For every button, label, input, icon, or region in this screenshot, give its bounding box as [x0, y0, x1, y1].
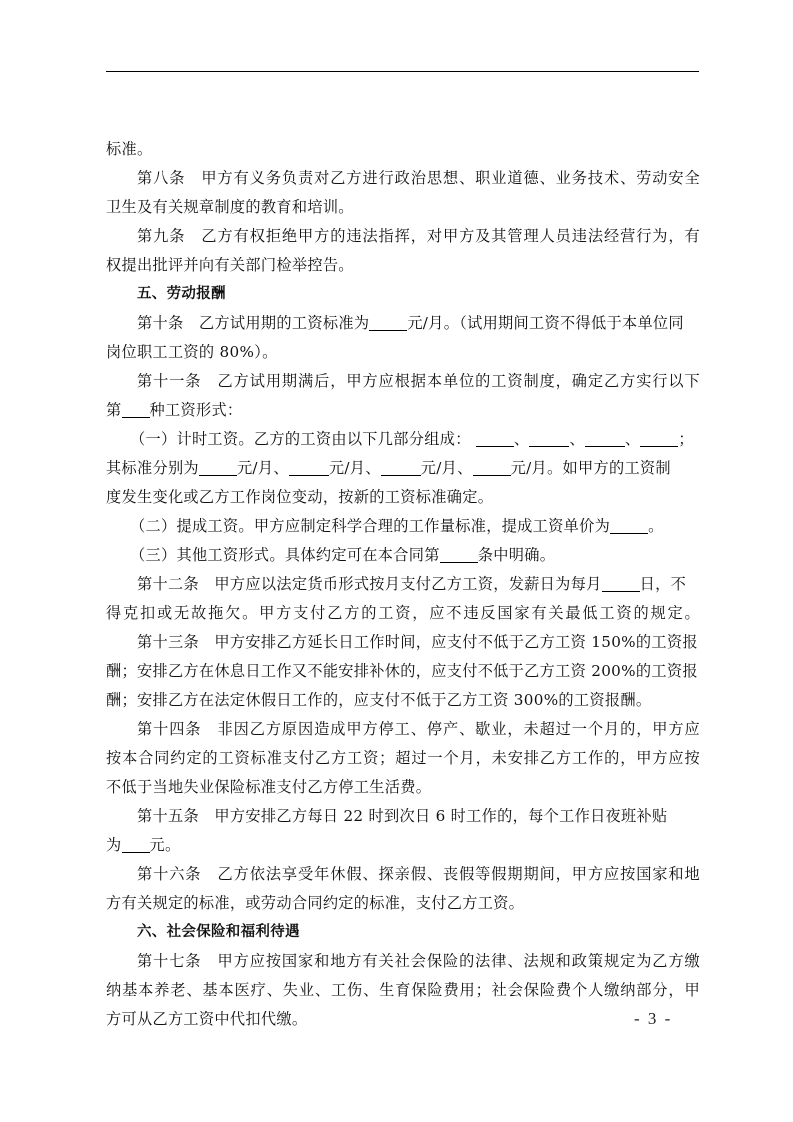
- blank-field[interactable]: [640, 430, 678, 447]
- article-9: 第九条 乙方有权拒绝甲方的违法指挥，对甲方及其管理人员违法经营行为，有: [106, 226, 700, 246]
- text-line: 第种工资形式：: [106, 400, 700, 420]
- text-segment: 为: [106, 836, 122, 854]
- article-14: 第十四条 非因乙方原因造成甲方停工、停产、歇业，未超过一个月的，甲方应: [106, 719, 700, 739]
- blank-field[interactable]: [585, 430, 625, 447]
- page-number: - 3 -: [634, 1009, 670, 1029]
- text-line: 卫生及有关规章制度的教育和培训。: [106, 197, 700, 217]
- blank-field[interactable]: [610, 517, 648, 534]
- blank-field[interactable]: [289, 459, 329, 476]
- text-line: 其标准分别为元/月、元/月、元/月、元/月。如甲方的工资制: [106, 458, 700, 478]
- blank-field[interactable]: [529, 430, 569, 447]
- text-segment: 第: [106, 401, 122, 419]
- text-line: 岗位职工工资的 80%）。: [106, 342, 700, 362]
- blank-field[interactable]: [369, 314, 407, 331]
- separator: 、: [514, 430, 530, 448]
- text-segment: 元/月、: [237, 459, 289, 477]
- text-segment: 元/月、: [329, 459, 381, 477]
- blank-field[interactable]: [440, 546, 478, 563]
- blank-field[interactable]: [476, 430, 514, 447]
- text-line: 得克扣或无故拖欠。甲方支付乙方的工资，应不违反国家有关最低工资的规定。: [106, 603, 700, 623]
- wage-item-2: （二）提成工资。甲方应制定科学合理的工作量标准，提成工资单价为。: [106, 516, 700, 536]
- section-heading-6: 六、社会保险和福利待遇: [106, 922, 700, 942]
- text-line: 方有关规定的标准，或劳动合同约定的标准，支付乙方工资。: [106, 893, 700, 913]
- text-segment: 日，不: [640, 575, 686, 593]
- text-segment: 第十条 乙方试用期的工资标准为: [137, 314, 369, 332]
- text-segment: 元/月、: [421, 459, 473, 477]
- text-line: 纳基本养老、基本医疗、失业、工伤、生育保险费用；社会保险费个人缴纳部分，甲: [106, 980, 700, 1000]
- text-segment: 第十二条 甲方应以法定货币形式按月支付乙方工资，发薪日为每月: [137, 575, 602, 593]
- blank-field[interactable]: [381, 459, 421, 476]
- blank-field[interactable]: [199, 459, 237, 476]
- separator: ；: [678, 430, 694, 448]
- text-line: 为元。: [106, 835, 700, 855]
- text-line: 不低于当地失业保险标准支付乙方停工生活费。: [106, 777, 700, 797]
- article-12: 第十二条 甲方应以法定货币形式按月支付乙方工资，发薪日为每月日，不: [106, 574, 700, 594]
- article-10: 第十条 乙方试用期的工资标准为元/月。（试用期间工资不得低于本单位同: [106, 313, 700, 333]
- text-segment: 元。: [150, 836, 181, 854]
- text-line: 方可从乙方工资中代扣代缴。: [106, 1009, 700, 1029]
- text-line: 酬；安排乙方在法定休假日工作的，应支付不低于乙方工资 300%的工资报酬。: [106, 690, 700, 710]
- blank-field[interactable]: [473, 459, 511, 476]
- article-8: 第八条 甲方有义务负责对乙方进行政治思想、职业道德、业务技术、劳动安全: [106, 168, 700, 188]
- section-heading-5: 五、劳动报酬: [106, 284, 700, 304]
- article-11: 第十一条 乙方试用期满后，甲方应根据本单位的工资制度，确定乙方实行以下: [106, 371, 700, 391]
- text-line: 酬；安排乙方在休息日工作又不能安排补休的，应支付不低于乙方工资 200%的工资报: [106, 661, 700, 681]
- separator: 、: [569, 430, 585, 448]
- text-segment: （一）计时工资。乙方的工资由以下几部分组成：: [130, 430, 471, 448]
- blank-field[interactable]: [122, 401, 150, 418]
- text-segment: （三）其他工资形式。具体约定可在本合同第: [130, 546, 440, 564]
- text-line: 按本合同约定的工资标准支付乙方工资；超过一个月，未安排乙方工作的，甲方应按: [106, 748, 700, 768]
- text-segment: 元/月。（试用期间工资不得低于本单位同: [407, 314, 684, 332]
- text-line: 标准。: [106, 139, 700, 159]
- text-line: 度发生变化或乙方工作岗位变动，按新的工资标准确定。: [106, 487, 700, 507]
- article-15: 第十五条 甲方安排乙方每日 22 时到次日 6 时工作的，每个工作日夜班补贴: [106, 806, 700, 826]
- blank-field[interactable]: [602, 575, 640, 592]
- blank-field[interactable]: [122, 836, 150, 853]
- article-13: 第十三条 甲方安排乙方延长日工作时间，应支付不低于乙方工资 150%的工资报: [106, 632, 700, 652]
- article-16: 第十六条 乙方依法享受年休假、探亲假、丧假等假期期间，甲方应按国家和地: [106, 864, 700, 884]
- wage-item-1: （一）计时工资。乙方的工资由以下几部分组成： 、、、；: [106, 429, 700, 449]
- separator: 、: [625, 430, 641, 448]
- wage-item-3: （三）其他工资形式。具体约定可在本合同第条中明确。: [106, 545, 700, 565]
- text-segment: 其标准分别为: [106, 459, 199, 477]
- text-segment: 种工资形式：: [150, 401, 243, 419]
- header-rule: [106, 71, 699, 72]
- text-segment: （二）提成工资。甲方应制定科学合理的工作量标准，提成工资单价为: [130, 517, 610, 535]
- text-segment: 条中明确。: [478, 546, 555, 564]
- text-segment: 元/月。如甲方的工资制: [511, 459, 671, 477]
- article-17: 第十七条 甲方应按国家和地方有关社会保险的法律、法规和政策规定为乙方缴: [106, 951, 700, 971]
- text-line: 权提出批评并向有关部门检举控告。: [106, 255, 700, 275]
- text-segment: 。: [648, 517, 664, 535]
